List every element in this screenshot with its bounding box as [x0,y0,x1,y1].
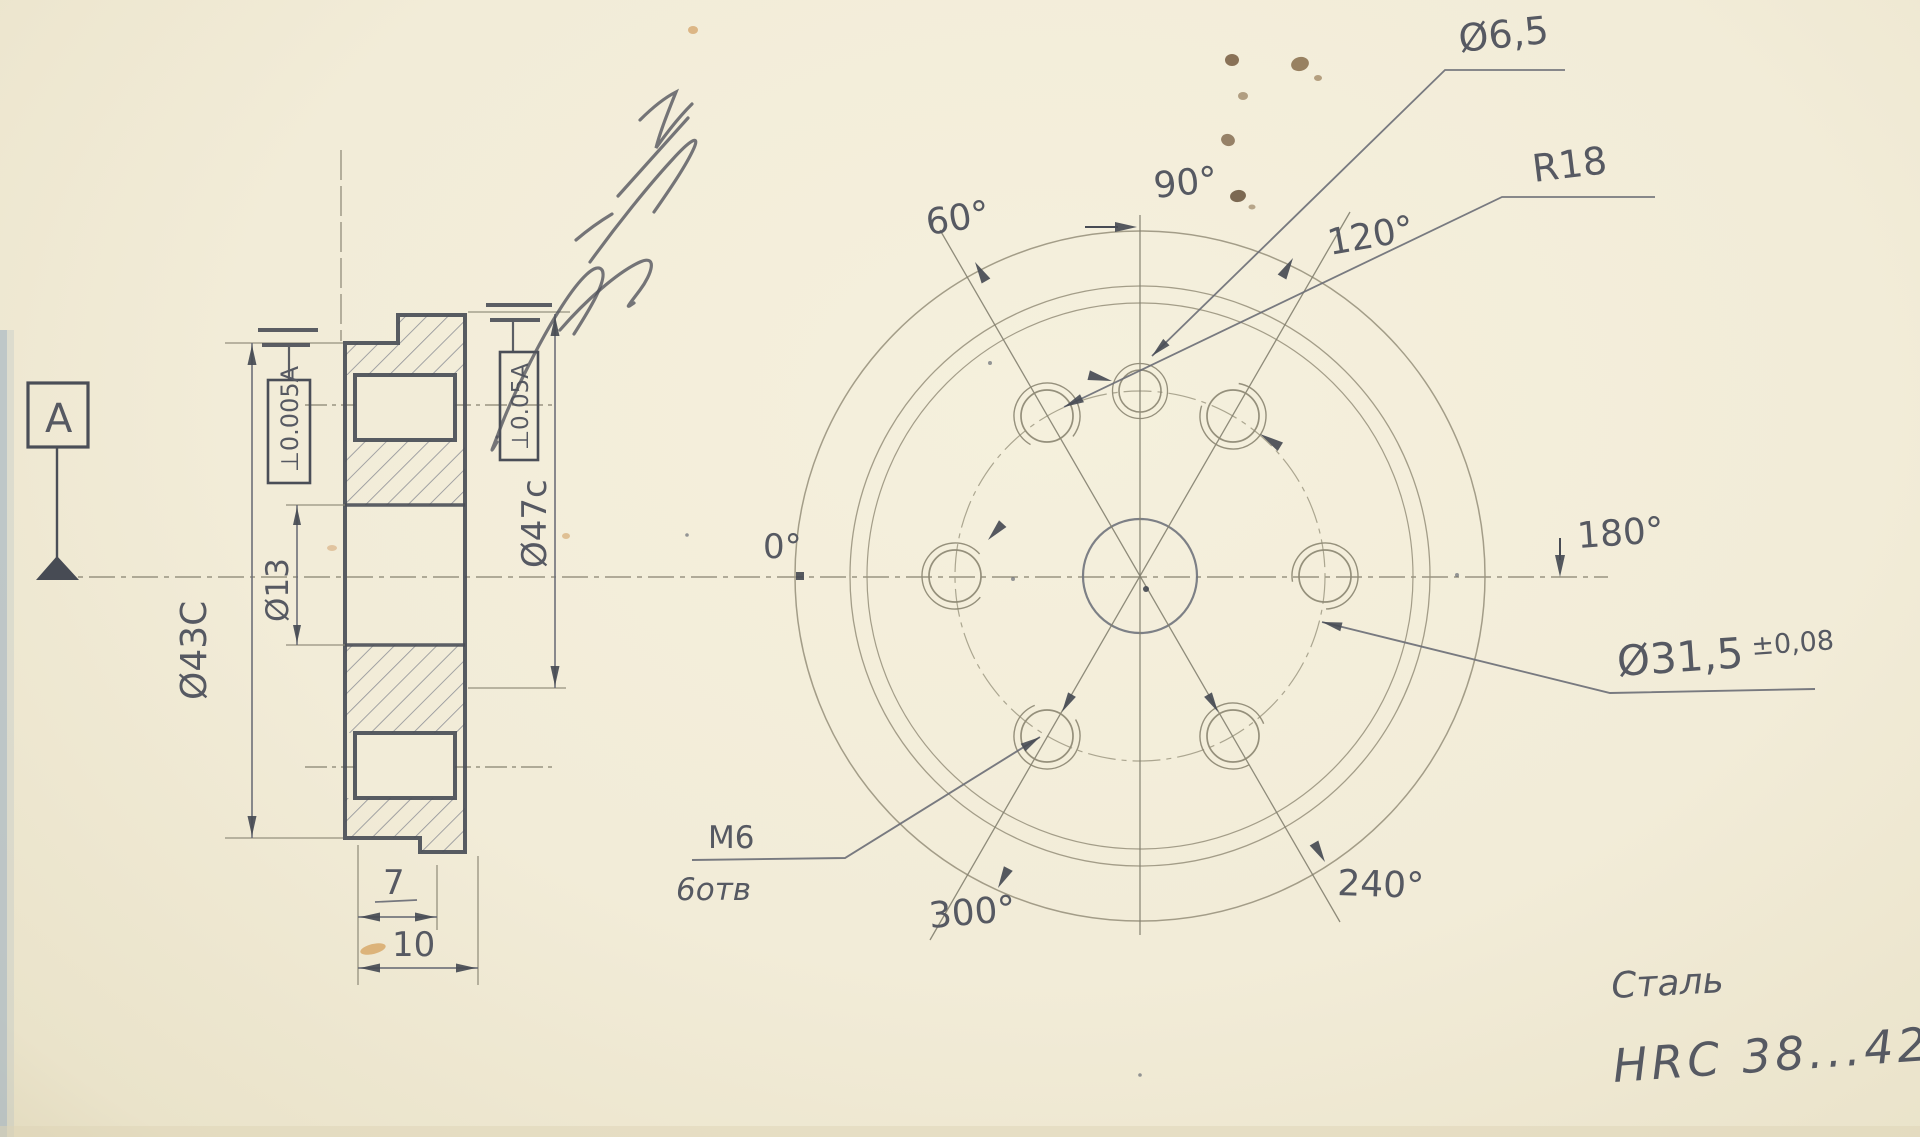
pencil-specks [685,361,1459,1077]
radius-label: R18 [1530,138,1610,191]
leaders [692,70,1815,860]
arrow-at-top-hole [1088,370,1114,386]
material-note: Сталь [1610,960,1724,1007]
lower-hole-window [355,733,455,798]
hole-count-label: 6отв [676,872,751,908]
arrow-240 [1310,840,1330,864]
scan-edge [0,330,14,1137]
drawing-sheet: 0° 60° 90° 120° 180° 240° 300° Ø6,5 R18 … [0,0,1920,1137]
angle-label-90: 90° [1152,160,1220,207]
angle-arrows [796,222,1565,890]
arrow-60 [971,260,991,284]
angle-lines [930,212,1350,940]
angle-label-120: 120° [1324,208,1417,263]
angle-label-240: 240° [1337,863,1425,907]
arrow-bolt-240 [1204,692,1222,714]
angle-label-300: 300° [927,889,1017,937]
tol-left-label: ⊥0.005А [276,365,304,472]
arrow-at-0-hole [984,520,1006,543]
front-view: 0° 60° 90° 120° 180° 240° 300° Ø6,5 R18 … [676,8,1835,940]
bolt-circle-tol-label: ±0,08 [1750,625,1835,662]
dim-label-flange-dia: Ø47c [515,479,555,568]
m6-holes [909,371,1364,781]
arrow-bolt-300 [1058,692,1076,714]
section-view: A [28,305,570,985]
datum-a: A [28,383,88,580]
zero-degree-tick [796,572,804,580]
tol-right-label: ⊥0.05А [508,363,534,450]
dim-label-7: 7 [383,863,405,903]
angle-label-60: 60° [923,193,992,243]
datum-triangle [36,556,79,580]
hole-dia-label: Ø6,5 [1456,8,1550,61]
bolt-circle-dia-label: Ø31,5 [1615,628,1745,686]
thread-label: М6 [708,820,754,856]
notes: Сталь HRC 38...42 [1610,960,1920,1093]
datum-label: A [45,396,73,442]
pencil-drawing: 0° 60° 90° 120° 180° 240° 300° Ø6,5 R18 … [0,0,1920,1137]
dim-label-outer-dia: Ø43C [174,601,215,700]
dim-label-bore: Ø13 [260,558,296,622]
hardness-note: HRC 38...42 [1611,1017,1920,1093]
angle-label-180: 180° [1576,510,1665,557]
dim-label-10: 10 [392,925,435,965]
upper-hole-window [355,375,455,440]
arrow-300 [994,866,1013,890]
center-mark [1143,586,1149,592]
hole-0deg [909,530,1002,623]
angle-label-0: 0° [763,527,802,567]
